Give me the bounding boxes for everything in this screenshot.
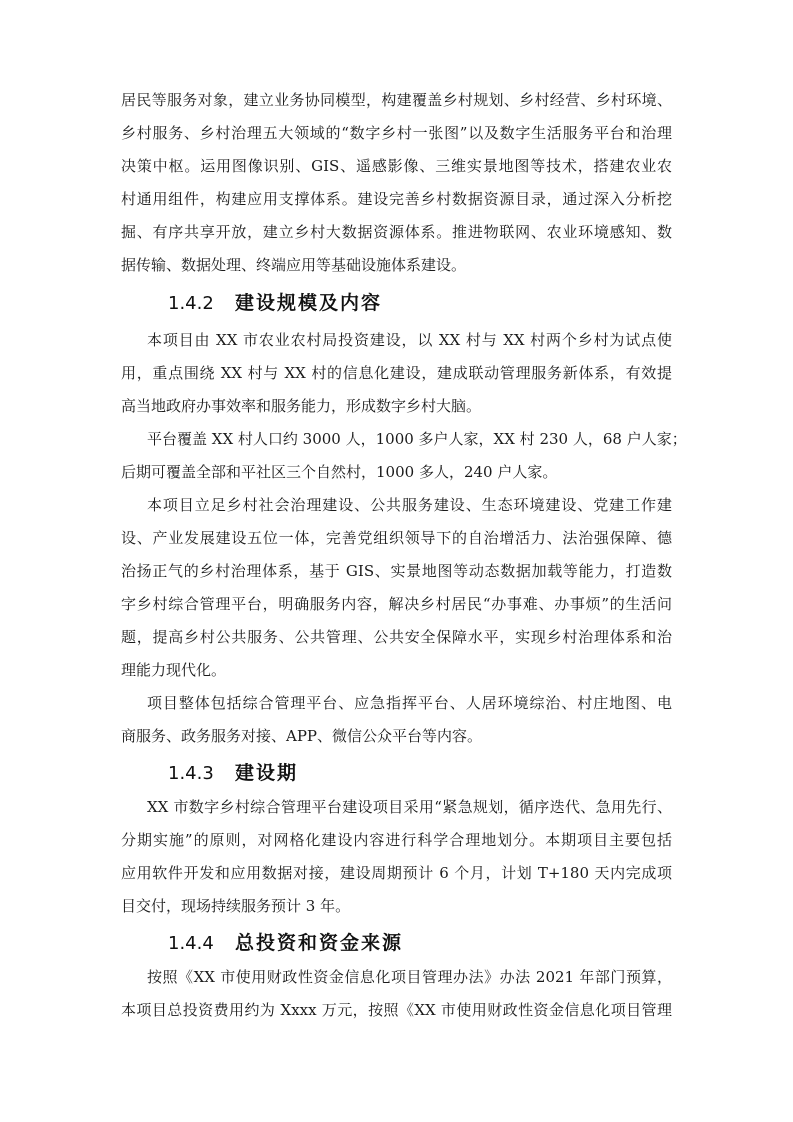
section-title: 建设期 bbox=[235, 762, 298, 784]
section-heading-1-4-4: 1.4.4总投资和资金来源 bbox=[168, 929, 403, 957]
text-line: 治扬正气的乡村治理体系，基于 GIS、实景地图等动态数据加载等能力，打造数 bbox=[121, 560, 672, 582]
text-line: 乡村服务、乡村治理五大领域的“数字乡村一张图”以及数字生活服务平台和治理 bbox=[121, 122, 672, 144]
text-line: 商服务、政务服务对接、APP、微信公众平台等内容。 bbox=[121, 725, 672, 747]
text-line: 村通用组件，构建应用支撑体系。建设完善乡村数据资源目录，通过深入分析挖 bbox=[121, 188, 672, 210]
text-line: 题，提高乡村公共服务、公共管理、公共安全保障水平，实现乡村治理体系和治 bbox=[121, 626, 672, 648]
text-line: 决策中枢。运用图像识别、GIS、遥感影像、三维实景地图等技术，搭建农业农 bbox=[121, 155, 672, 177]
text-line: 字乡村综合管理平台，明确服务内容，解决乡村居民“办事难、办事烦”的生活问 bbox=[121, 593, 672, 615]
section-heading-1-4-2: 1.4.2建设规模及内容 bbox=[168, 289, 382, 317]
section-title: 建设规模及内容 bbox=[235, 292, 382, 314]
section-number: 1.4.4 bbox=[168, 930, 235, 958]
text-line: 高当地政府办事效率和服务能力，形成数字乡村大脑。 bbox=[121, 395, 672, 417]
text-line: 按照《XX 市使用财政性资金信息化项目管理办法》办法 2021 年部门预算， bbox=[147, 966, 672, 988]
text-line: 居民等服务对象，建立业务协同模型，构建覆盖乡村规划、乡村经营、乡村环境、 bbox=[121, 89, 672, 111]
section-heading-1-4-3: 1.4.3建设期 bbox=[168, 759, 298, 787]
text-line: 分期实施”的原则，对网格化建设内容进行科学合理地划分。本期项目主要包括 bbox=[121, 829, 672, 851]
text-line: 理能力现代化。 bbox=[121, 659, 672, 681]
text-line: 本项目立足乡村社会治理建设、公共服务建设、生态环境建设、党建工作建 bbox=[147, 494, 672, 516]
text-line: 设、产业发展建设五位一体，完善党组织领导下的自治增活力、法治强保障、德 bbox=[121, 527, 672, 549]
text-line: 本项目总投资费用约为 Xxxx 万元，按照《XX 市使用财政性资金信息化项目管理 bbox=[121, 999, 672, 1021]
document-page: 居民等服务对象，建立业务协同模型，构建覆盖乡村规划、乡村经营、乡村环境、 乡村服… bbox=[0, 0, 793, 1122]
text-line: 本项目由 XX 市农业农村局投资建设，以 XX 村与 XX 村两个乡村为试点使 bbox=[147, 329, 672, 351]
section-number: 1.4.2 bbox=[168, 290, 235, 318]
text-line: 平台覆盖 XX 村人口约 3000 人，1000 多户人家，XX 村 230 人… bbox=[147, 428, 672, 450]
text-line: 目交付，现场持续服务预计 3 年。 bbox=[121, 895, 672, 917]
text-line: 后期可覆盖全部和平社区三个自然村，1000 多人，240 户人家。 bbox=[121, 461, 672, 483]
text-line: 用，重点围绕 XX 村与 XX 村的信息化建设，建成联动管理服务新体系，有效提 bbox=[121, 362, 672, 384]
text-line: 项目整体包括综合管理平台、应急指挥平台、人居环境综治、村庄地图、电 bbox=[147, 692, 672, 714]
text-line: 掘、有序共享开放，建立乡村大数据资源体系。推进物联网、农业环境感知、数 bbox=[121, 221, 672, 243]
text-line: XX 市数字乡村综合管理平台建设项目采用“紧急规划，循序迭代、急用先行、 bbox=[147, 796, 672, 818]
section-number: 1.4.3 bbox=[168, 760, 235, 788]
text-line: 应用软件开发和应用数据对接，建设周期预计 6 个月，计划 T+180 天内完成项 bbox=[121, 862, 672, 884]
text-line: 据传输、数据处理、终端应用等基础设施体系建设。 bbox=[121, 254, 672, 276]
section-title: 总投资和资金来源 bbox=[235, 932, 403, 954]
